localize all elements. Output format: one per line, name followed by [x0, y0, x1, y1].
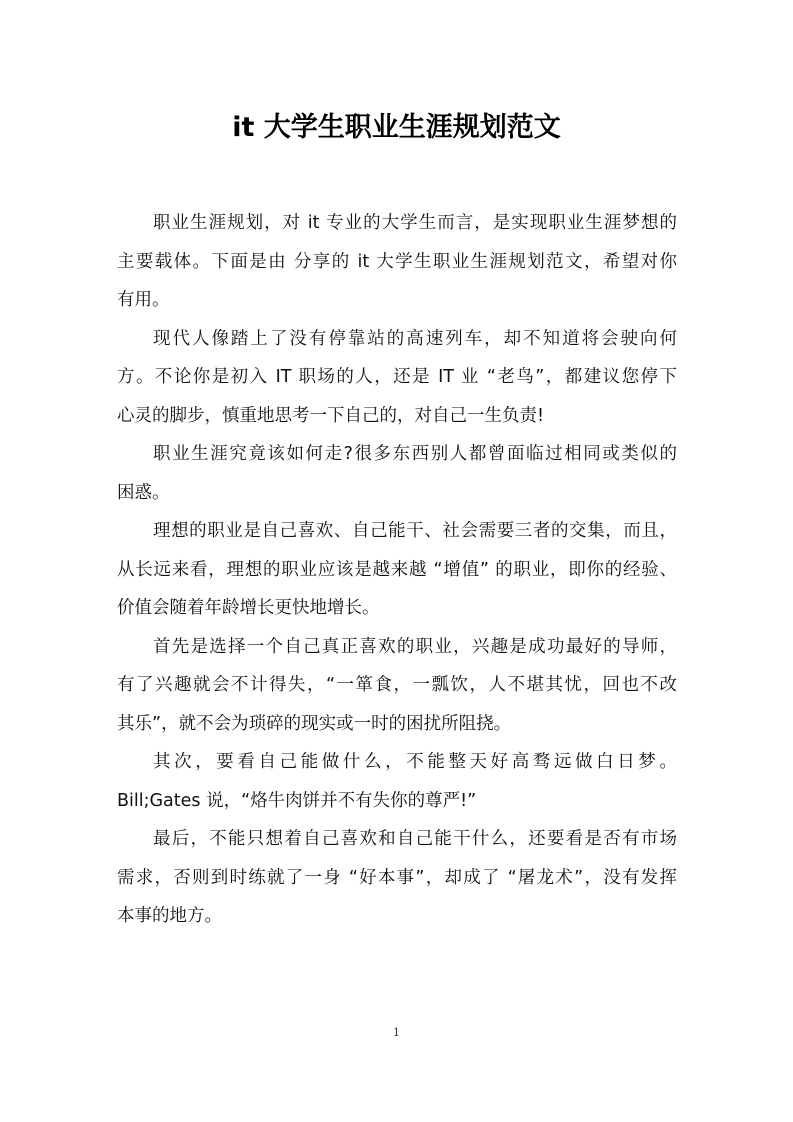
paragraph-2-line-1: 现代人像踏上了没有停靠站的高速列车，却不知道将会驶向何 — [117, 320, 677, 359]
paragraph-1-line-3: 有用。 — [117, 281, 677, 320]
paragraph-4-line-1: 理想的职业是自己喜欢、自己能干、社会需要三者的交集，而且， — [117, 512, 677, 551]
paragraph-2-line-3: 心灵的脚步，慎重地思考一下自己的，对自己一生负责! — [117, 397, 677, 436]
paragraph-6-line-1: 其次，要看自己能做什么，不能整天好高骛远做白日梦。 — [117, 743, 677, 782]
paragraph-7-line-1: 最后，不能只想着自己喜欢和自己能干什么，还要看是否有市场 — [117, 820, 677, 859]
document-page: it 大学生职业生涯规划范文 职业生涯规划，对 it 专业的大学生而言，是实现职… — [0, 0, 793, 1122]
paragraph-2-line-2: 方。不论你是初入 IT 职场的人，还是 IT 业 “老鸟”，都建议您停下 — [117, 358, 677, 397]
document-title: it 大学生职业生涯规划范文 — [0, 108, 793, 148]
paragraph-3-line-1: 职业生涯究竟该如何走?很多东西别人都曾面临过相同或类似的 — [117, 435, 677, 474]
paragraph-1-line-2: 主要载体。下面是由 分享的 it 大学生职业生涯规划范文，希望对你 — [117, 243, 677, 282]
paragraph-5-line-1: 首先是选择一个自己真正喜欢的职业，兴趣是成功最好的导师， — [117, 628, 677, 667]
paragraph-7-line-3: 本事的地方。 — [117, 897, 677, 936]
paragraph-6-line-2: Bill;Gates 说，“烙牛肉饼并不有失你的尊严!” — [117, 782, 677, 821]
paragraph-7-line-2: 需求，否则到时练就了一身 “好本事”，却成了 “屠龙术”，没有发挥 — [117, 859, 677, 898]
paragraph-3-line-2: 困惑。 — [117, 474, 677, 513]
paragraph-5-line-2: 有了兴趣就会不计得失，“一箪食，一瓢饮，人不堪其忧，回也不改 — [117, 666, 677, 705]
document-body: 职业生涯规划，对 it 专业的大学生而言，是实现职业生涯梦想的 主要载体。下面是… — [117, 204, 677, 936]
page-number: 1 — [0, 1026, 793, 1039]
paragraph-4-line-3: 价值会随着年龄增长更快地增长。 — [117, 589, 677, 628]
paragraph-4-line-2: 从长远来看，理想的职业应该是越来越 “增值” 的职业，即你的经验、 — [117, 551, 677, 590]
paragraph-1-line-1: 职业生涯规划，对 it 专业的大学生而言，是实现职业生涯梦想的 — [117, 204, 677, 243]
paragraph-5-line-3: 其乐”，就不会为琐碎的现实或一时的困扰所阻挠。 — [117, 705, 677, 744]
